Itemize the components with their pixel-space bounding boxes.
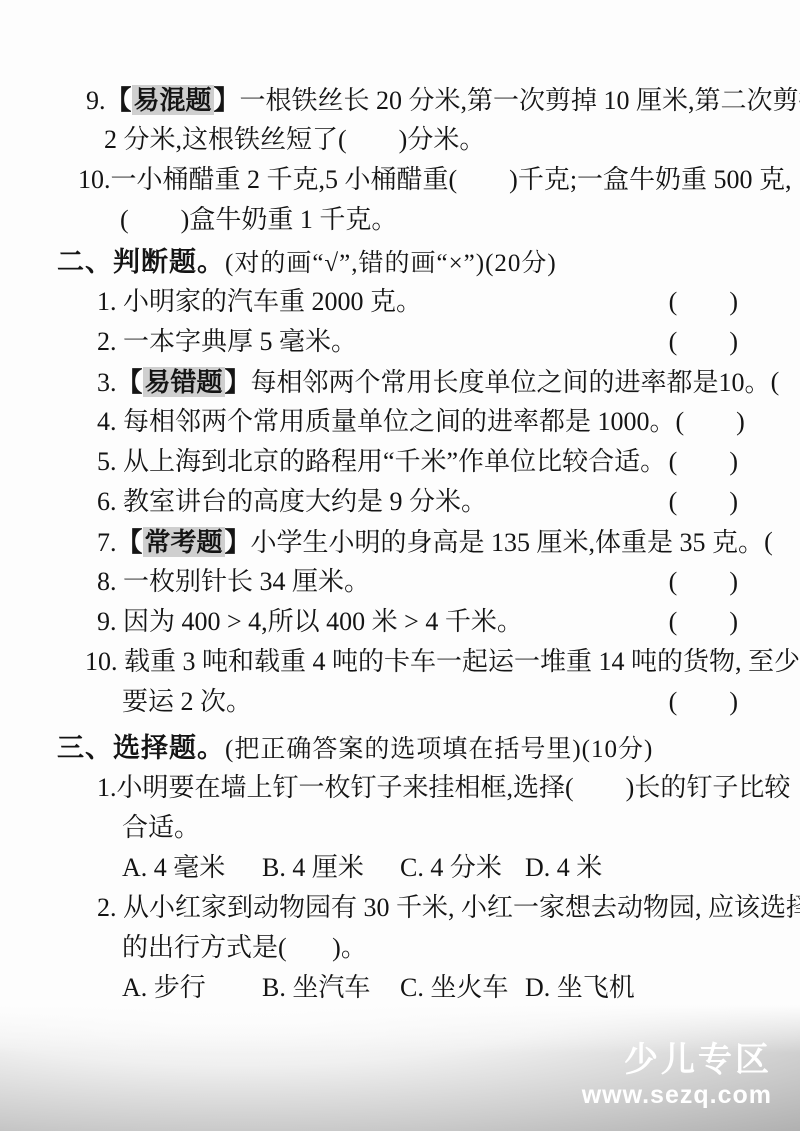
fill-in-q9-line1: 9.【易混题】一根铁丝长 20 分米,第一次剪掉 10 厘米,第二次剪掉 bbox=[0, 80, 800, 120]
question-number: 9. bbox=[86, 86, 106, 115]
statement-text: 10. 载重 3 吨和载重 4 吨的卡车一起运一堆重 14 吨的货物, 至少需 bbox=[85, 647, 800, 676]
option-b: B. 4 厘米 bbox=[262, 848, 400, 888]
question-text: 2. 从小红家到动物园有 30 千米, 小红一家想去动物园, 应该选择 bbox=[97, 893, 800, 922]
judge-item-2: 2. 一本字典厚 5 毫米。( ) bbox=[0, 322, 800, 362]
statement-text: 8. 一枚别针长 34 厘米。 bbox=[97, 562, 370, 602]
judge-item-1: 1. 小明家的汽车重 2000 克。( ) bbox=[0, 282, 800, 322]
tag-bracket-open: 【 bbox=[106, 86, 132, 115]
option-d: D. 坐飞机 bbox=[525, 968, 635, 1008]
question-text: 合适。 bbox=[122, 813, 200, 842]
option-b: B. 坐汽车 bbox=[262, 968, 400, 1008]
answer-brackets: ( ) bbox=[764, 522, 800, 562]
tag-bracket-close: 】 bbox=[225, 368, 251, 397]
watermark-url: www.sezq.com bbox=[582, 1080, 772, 1110]
watermark: 少儿专区 www.sezq.com bbox=[582, 1040, 772, 1110]
tag-badge: 易错题 bbox=[143, 367, 225, 397]
answer-brackets: ( ) bbox=[676, 402, 745, 442]
judge-section-header: 二、判断题。(对的画“√”,错的画“×”)(20分) bbox=[0, 242, 800, 282]
statement-text: 3.【易错题】每相邻两个常用长度单位之间的进率都是10。 bbox=[97, 362, 771, 402]
statement-text: 9. 因为 400 > 4,所以 400 米 > 4 千米。 bbox=[97, 602, 523, 642]
judge-item-4: 4. 每相邻两个常用质量单位之间的进率都是 1000。( ) bbox=[0, 402, 800, 442]
tag-badge: 常考题 bbox=[143, 527, 225, 557]
judge-item-6: 6. 教室讲台的高度大约是 9 分米。( ) bbox=[0, 482, 800, 522]
judge-item-10-line2: 要运 2 次。( ) bbox=[0, 682, 800, 722]
statement-rest: 小学生小明的身高是 135 厘米,体重是 35 克。 bbox=[251, 528, 765, 557]
statement-text: 7.【常考题】小学生小明的身高是 135 厘米,体重是 35 克。 bbox=[97, 522, 764, 562]
watermark-brand: 少儿专区 bbox=[582, 1040, 772, 1080]
answer-brackets: ( ) bbox=[669, 482, 738, 522]
statement-text: 4. 每相邻两个常用质量单位之间的进率都是 1000。 bbox=[97, 402, 676, 442]
question-text: 10.一小桶醋重 2 千克,5 小桶醋重( )千克;一盒牛奶重 500 克, bbox=[78, 165, 792, 194]
answer-brackets: ( ) bbox=[669, 602, 738, 642]
section-subtitle: (把正确答案的选项填在括号里)(10分) bbox=[225, 736, 653, 763]
statement-text: 5. 从上海到北京的路程用“千米”作单位比较合适。 bbox=[97, 442, 666, 482]
answer-brackets: ( ) bbox=[771, 362, 800, 402]
fill-in-q9-line2: 2 分米,这根铁丝短了( )分米。 bbox=[0, 120, 800, 160]
judge-item-9: 9. 因为 400 > 4,所以 400 米 > 4 千米。( ) bbox=[0, 602, 800, 642]
answer-brackets: ( ) bbox=[669, 282, 738, 322]
choice-q2-options: A. 步行B. 坐汽车C. 坐火车D. 坐飞机 bbox=[0, 968, 800, 1008]
section-title: 二、判断题。 bbox=[57, 247, 225, 277]
tag-bracket-open: 【 bbox=[117, 368, 143, 397]
option-c: C. 坐火车 bbox=[400, 968, 525, 1008]
answer-brackets: ( ) bbox=[669, 682, 738, 722]
option-a: A. 4 毫米 bbox=[122, 848, 262, 888]
judge-item-3: 3.【易错题】每相邻两个常用长度单位之间的进率都是10。( ) bbox=[0, 362, 800, 402]
option-d: D. 4 米 bbox=[525, 848, 602, 888]
tag-bracket-open: 【 bbox=[117, 528, 143, 557]
section-title: 三、选择题。 bbox=[57, 733, 225, 763]
statement-text: 要运 2 次。 bbox=[122, 682, 252, 722]
section-subtitle: (对的画“√”,错的画“×”)(20分) bbox=[225, 250, 557, 277]
choice-q2-line2: 的出行方式是( )。 bbox=[0, 928, 800, 968]
option-a: A. 步行 bbox=[122, 968, 262, 1008]
judge-item-7: 7.【常考题】小学生小明的身高是 135 厘米,体重是 35 克。( ) bbox=[0, 522, 800, 562]
answer-brackets: ( ) bbox=[669, 322, 738, 362]
statement-text: 1. 小明家的汽车重 2000 克。 bbox=[97, 282, 422, 322]
tag-bracket-close: 】 bbox=[214, 86, 240, 115]
choice-q2-line1: 2. 从小红家到动物园有 30 千米, 小红一家想去动物园, 应该选择 bbox=[0, 888, 800, 928]
question-text: ( )盒牛奶重 1 千克。 bbox=[120, 205, 397, 234]
judge-item-10-line1: 10. 载重 3 吨和载重 4 吨的卡车一起运一堆重 14 吨的货物, 至少需 bbox=[0, 642, 800, 682]
scanned-test-page: 9.【易混题】一根铁丝长 20 分米,第一次剪掉 10 厘米,第二次剪掉 2 分… bbox=[0, 0, 800, 1131]
question-number: 3. bbox=[97, 368, 117, 397]
question-number: 7. bbox=[97, 528, 117, 557]
choice-q1-line1: 1.小明要在墙上钉一枚钉子来挂相框,选择( )长的钉子比较 bbox=[0, 768, 800, 808]
statement-text: 6. 教室讲台的高度大约是 9 分米。 bbox=[97, 482, 487, 522]
question-text: 2 分米,这根铁丝短了( )分米。 bbox=[104, 125, 485, 154]
option-c: C. 4 分米 bbox=[400, 848, 525, 888]
tag-bracket-close: 】 bbox=[225, 528, 251, 557]
statement-text: 2. 一本字典厚 5 毫米。 bbox=[97, 322, 357, 362]
page-content: 9.【易混题】一根铁丝长 20 分米,第一次剪掉 10 厘米,第二次剪掉 2 分… bbox=[0, 0, 800, 1008]
tag-badge: 易混题 bbox=[132, 85, 214, 115]
choice-q1-line2: 合适。 bbox=[0, 808, 800, 848]
question-text: 1.小明要在墙上钉一枚钉子来挂相框,选择( )长的钉子比较 bbox=[97, 773, 790, 802]
answer-brackets: ( ) bbox=[669, 442, 738, 482]
fill-in-q10-line1: 10.一小桶醋重 2 千克,5 小桶醋重( )千克;一盒牛奶重 500 克, bbox=[0, 160, 800, 200]
judge-item-8: 8. 一枚别针长 34 厘米。( ) bbox=[0, 562, 800, 602]
fill-in-q10-line2: ( )盒牛奶重 1 千克。 bbox=[0, 200, 800, 240]
question-text: 一根铁丝长 20 分米,第一次剪掉 10 厘米,第二次剪掉 bbox=[240, 86, 800, 115]
choice-section-header: 三、选择题。(把正确答案的选项填在括号里)(10分) bbox=[0, 728, 800, 768]
statement-rest: 每相邻两个常用长度单位之间的进率都是10。 bbox=[251, 368, 771, 397]
judge-item-5: 5. 从上海到北京的路程用“千米”作单位比较合适。( ) bbox=[0, 442, 800, 482]
question-text: 的出行方式是( )。 bbox=[122, 933, 367, 962]
choice-q1-options: A. 4 毫米B. 4 厘米C. 4 分米D. 4 米 bbox=[0, 848, 800, 888]
answer-brackets: ( ) bbox=[669, 562, 738, 602]
